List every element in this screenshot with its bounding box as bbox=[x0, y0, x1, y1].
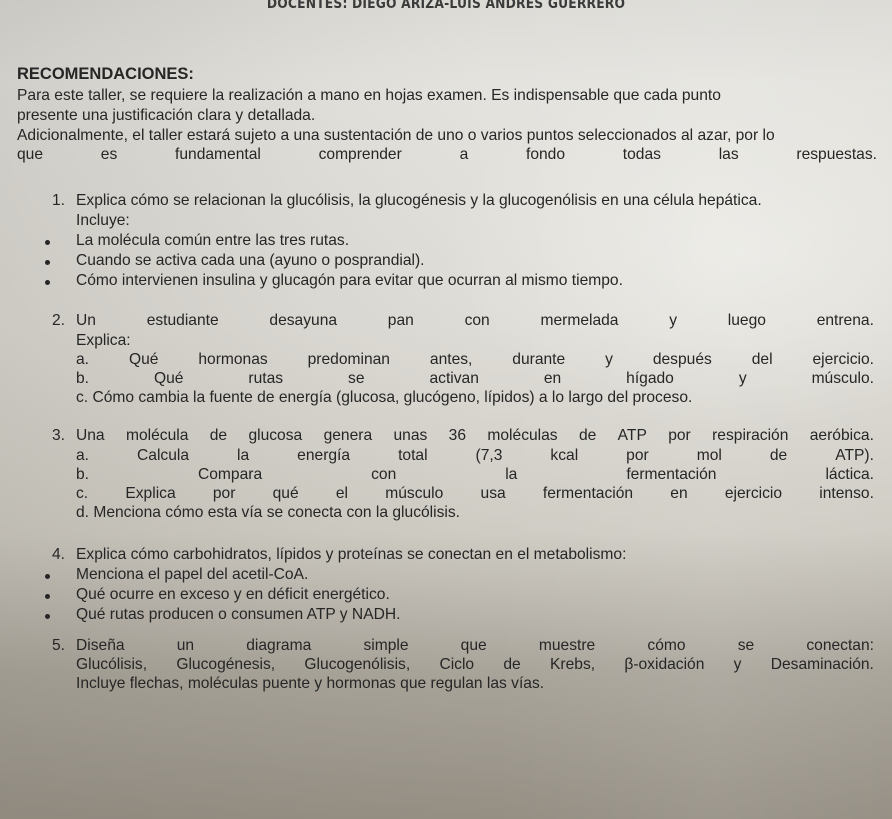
word: por bbox=[668, 427, 691, 445]
bullet-icon bbox=[45, 614, 50, 619]
word: estudiante bbox=[147, 312, 219, 330]
word: músculo. bbox=[812, 370, 874, 388]
word: un bbox=[177, 637, 194, 655]
word: por bbox=[626, 447, 649, 465]
word: desayuna bbox=[269, 312, 337, 330]
word: ATP). bbox=[835, 447, 874, 465]
word: simple bbox=[363, 637, 408, 655]
word: fundamental bbox=[175, 146, 261, 164]
word: Desaminación. bbox=[771, 656, 874, 674]
word: total bbox=[398, 447, 427, 465]
word: Qué bbox=[129, 351, 158, 369]
question-1-text: Explica cómo se relacionan la glucólisis… bbox=[76, 192, 762, 210]
word: músculo bbox=[385, 485, 443, 503]
word: ejercicio bbox=[725, 485, 782, 503]
recommendations-line-1: Para este taller, se requiere la realiza… bbox=[17, 87, 721, 105]
word: activan bbox=[429, 370, 478, 388]
question-3-d: d. Menciona cómo esta vía se conecta con… bbox=[76, 504, 460, 522]
word: láctica. bbox=[825, 466, 874, 484]
question-5-number: 5. bbox=[52, 637, 65, 655]
word: a. bbox=[76, 351, 89, 369]
word: Calcula bbox=[137, 447, 189, 465]
word: rutas bbox=[248, 370, 283, 388]
question-1-sub: Incluye: bbox=[76, 212, 130, 230]
word: comprender bbox=[319, 146, 402, 164]
word: todas bbox=[623, 146, 661, 164]
question-3-b: b.Comparaconlafermentaciónláctica. bbox=[76, 466, 874, 484]
word: Una bbox=[76, 427, 105, 445]
bullet-icon bbox=[45, 594, 50, 599]
word: Compara bbox=[198, 466, 262, 484]
question-4-text: Explica cómo carbohidratos, lípidos y pr… bbox=[76, 546, 626, 564]
bullet-icon bbox=[45, 280, 50, 285]
word: mermelada bbox=[540, 312, 618, 330]
word: de bbox=[770, 447, 787, 465]
docentes-header: DOCENTES: DIEGO ARIZA-LUIS ANDRES GUERRE… bbox=[54, 0, 839, 12]
word: se bbox=[348, 370, 364, 388]
word: Diseña bbox=[76, 637, 125, 655]
word: b. bbox=[76, 370, 89, 388]
word: a. bbox=[76, 447, 89, 465]
word: se bbox=[738, 637, 754, 655]
word: respiración bbox=[712, 427, 788, 445]
word: la bbox=[237, 447, 249, 465]
word: usa bbox=[481, 485, 506, 503]
word: las bbox=[719, 146, 739, 164]
word: 36 bbox=[449, 427, 466, 445]
question-5-text: Diseñaundiagramasimplequemuestrecómoseco… bbox=[76, 637, 874, 655]
document-page: DOCENTES: DIEGO ARIZA-LUIS ANDRES GUERRE… bbox=[0, 0, 892, 819]
word: y bbox=[739, 370, 747, 388]
word: por bbox=[213, 485, 236, 503]
word: diagrama bbox=[246, 637, 311, 655]
word: molécula bbox=[126, 427, 188, 445]
word: y bbox=[669, 312, 677, 330]
word: a bbox=[460, 146, 469, 164]
word: Explica bbox=[125, 485, 175, 503]
word: que bbox=[17, 146, 43, 164]
word: glucosa bbox=[248, 427, 302, 445]
word: entrena. bbox=[817, 312, 874, 330]
word: cómo bbox=[647, 637, 685, 655]
word: el bbox=[336, 485, 348, 503]
bullet-item: Cuando se activa cada una (ayuno o pospr… bbox=[76, 252, 425, 270]
word: Ciclo bbox=[439, 656, 474, 674]
word: pan bbox=[388, 312, 414, 330]
bullet-item: Qué ocurre en exceso y en déficit energé… bbox=[76, 586, 390, 604]
word: antes, bbox=[430, 351, 472, 369]
word: c. bbox=[76, 485, 88, 503]
bullet-item: La molécula común entre las tres rutas. bbox=[76, 232, 349, 250]
question-5-line-2: Glucólisis,Glucogénesis,Glucogenólisis,C… bbox=[76, 656, 874, 674]
word: genera bbox=[324, 427, 373, 445]
word: Qué bbox=[154, 370, 183, 388]
word: Un bbox=[76, 312, 96, 330]
word: unas bbox=[393, 427, 427, 445]
word: b. bbox=[76, 466, 89, 484]
word: durante bbox=[512, 351, 565, 369]
word: después bbox=[653, 351, 712, 369]
word: kcal bbox=[550, 447, 578, 465]
question-3-c: c.Explicaporquéelmúsculousafermentacióne… bbox=[76, 485, 874, 503]
word: β-oxidación bbox=[624, 656, 704, 674]
question-2-sub: Explica: bbox=[76, 332, 131, 350]
word: hígado bbox=[626, 370, 674, 388]
recommendations-title: RECOMENDACIONES: bbox=[17, 65, 194, 84]
bullet-item: Menciona el papel del acetil-CoA. bbox=[76, 566, 308, 584]
word: (7,3 bbox=[476, 447, 503, 465]
question-3-text: Unamoléculadeglucosageneraunas36molécula… bbox=[76, 427, 874, 445]
question-5-line-3: Incluye flechas, moléculas puente y horm… bbox=[76, 675, 544, 693]
word: y bbox=[605, 351, 613, 369]
word: la bbox=[505, 466, 517, 484]
word: ATP bbox=[618, 427, 647, 445]
word: hormonas bbox=[198, 351, 267, 369]
word: Glucogénesis, bbox=[176, 656, 275, 674]
bullet-item: Qué rutas producen o consumen ATP y NADH… bbox=[76, 606, 400, 624]
bullet-icon bbox=[45, 240, 50, 245]
question-1-number: 1. bbox=[52, 192, 65, 210]
question-4-number: 4. bbox=[52, 546, 65, 564]
word: conectan: bbox=[806, 637, 874, 655]
word: aeróbica. bbox=[810, 427, 874, 445]
word: predominan bbox=[308, 351, 390, 369]
word: con bbox=[371, 466, 396, 484]
recommendations-line-2: presente una justificación clara y detal… bbox=[17, 107, 315, 125]
word: de bbox=[579, 427, 596, 445]
word: de bbox=[503, 656, 520, 674]
word: en bbox=[670, 485, 687, 503]
bullet-icon bbox=[45, 574, 50, 579]
word: con bbox=[465, 312, 490, 330]
word: Glucogenólisis, bbox=[304, 656, 410, 674]
word: fondo bbox=[526, 146, 565, 164]
word: ejercicio. bbox=[812, 351, 874, 369]
question-3-a: a.Calculalaenergíatotal(7,3kcalpormoldeA… bbox=[76, 447, 874, 465]
word: y bbox=[734, 656, 742, 674]
word: muestre bbox=[539, 637, 595, 655]
word: moléculas bbox=[487, 427, 557, 445]
recommendations-line-4: queesfundamentalcomprenderafondotodaslas… bbox=[17, 146, 877, 164]
word: fermentación bbox=[543, 485, 633, 503]
bullet-icon bbox=[45, 260, 50, 265]
word: luego bbox=[728, 312, 766, 330]
question-2-c: c. Cómo cambia la fuente de energía (glu… bbox=[76, 389, 692, 407]
question-2-text: Unestudiantedesayunapanconmermeladaylueg… bbox=[76, 312, 874, 330]
word: respuestas. bbox=[796, 146, 877, 164]
word: es bbox=[101, 146, 117, 164]
question-3-number: 3. bbox=[52, 427, 65, 445]
word: energía bbox=[297, 447, 350, 465]
word: Krebs, bbox=[550, 656, 595, 674]
bullet-item: Cómo intervienen insulina y glucagón par… bbox=[76, 272, 623, 290]
word: mol bbox=[697, 447, 722, 465]
recommendations-line-3: Adicionalmente, el taller estará sujeto … bbox=[17, 127, 775, 145]
word: intenso. bbox=[819, 485, 874, 503]
question-2-number: 2. bbox=[52, 312, 65, 330]
word: fermentación bbox=[626, 466, 716, 484]
question-2-a: a.Quéhormonaspredominanantes,duranteydes… bbox=[76, 351, 874, 369]
question-2-b: b.Quérutasseactivanenhígadoymúsculo. bbox=[76, 370, 874, 388]
word: qué bbox=[273, 485, 299, 503]
word: Glucólisis, bbox=[76, 656, 147, 674]
word: de bbox=[210, 427, 227, 445]
word: que bbox=[461, 637, 487, 655]
word: del bbox=[752, 351, 773, 369]
word: en bbox=[544, 370, 561, 388]
